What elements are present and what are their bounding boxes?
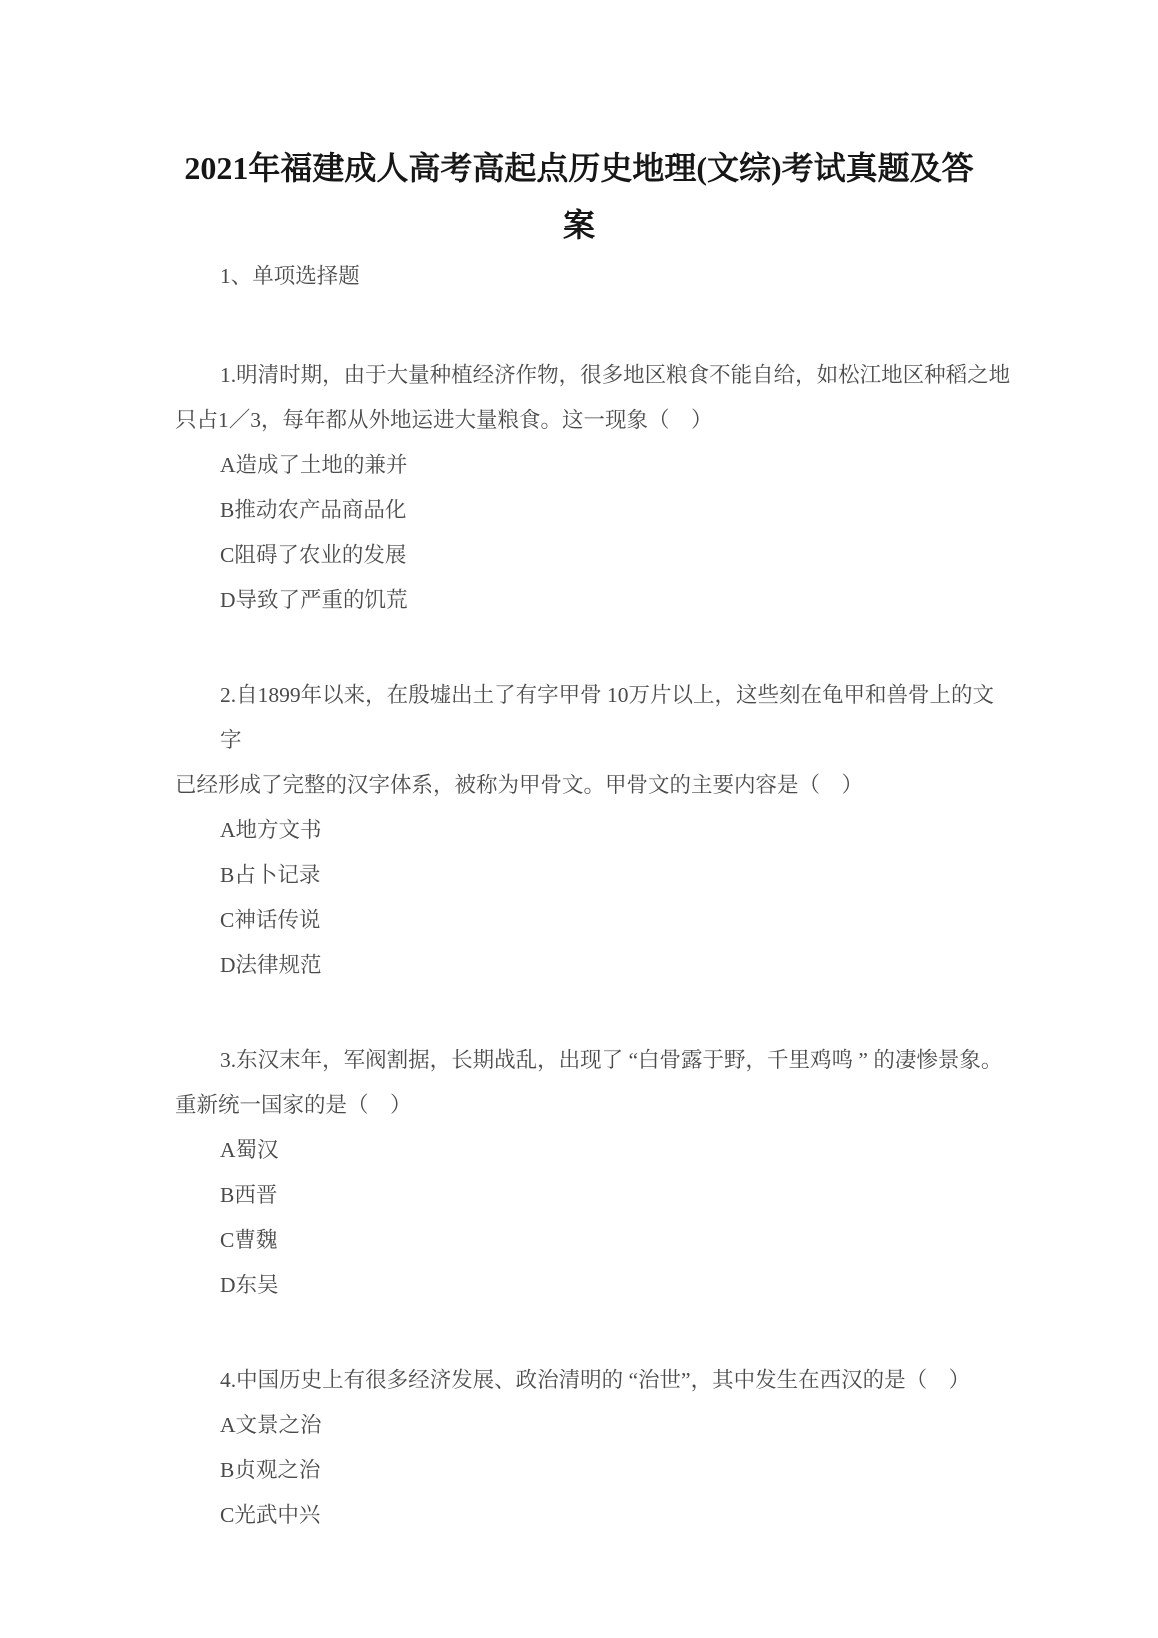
question-3-line-1: 3.东汉末年，军阀割据，长期战乱，出现了 “白骨露于野，千里鸡鸣 ” 的凄惨景象… bbox=[175, 1038, 1013, 1083]
question-4-option-b: B贞观之治 bbox=[175, 1448, 1013, 1493]
document-body: 1、单项选择题 1.明清时期，由于大量种植经济作物，很多地区粮食不能自给，如松江… bbox=[0, 254, 1158, 1538]
page-title: 2021年福建成人高考高起点历史地理(文综)考试真题及答 案 bbox=[0, 0, 1158, 254]
question-3-line-2: 重新统一国家的是（ ） bbox=[175, 1083, 1013, 1128]
question-2-line-2: 已经形成了完整的汉字体系，被称为甲骨文。甲骨文的主要内容是（ ） bbox=[175, 763, 1013, 808]
question-2: 2.自1899年以来，在殷墟出土了有字甲骨 10万片以上，这些刻在龟甲和兽骨上的… bbox=[175, 673, 1013, 988]
question-1-option-b: B推动农产品商品化 bbox=[175, 488, 1013, 533]
question-2-line-1: 2.自1899年以来，在殷墟出土了有字甲骨 10万片以上，这些刻在龟甲和兽骨上的… bbox=[175, 673, 1013, 763]
question-4-line-1: 4.中国历史上有很多经济发展、政治清明的 “治世”，其中发生在西汉的是（ ） bbox=[175, 1358, 1013, 1403]
question-1-line-1: 1.明清时期，由于大量种植经济作物，很多地区粮食不能自给，如松江地区种稻之地 bbox=[175, 353, 1013, 398]
page-title-line-2: 案 bbox=[0, 197, 1158, 254]
question-2-option-d: D法律规范 bbox=[175, 943, 1013, 988]
question-1-line-2: 只占1／3，每年都从外地运进大量粮食。这一现象（ ） bbox=[175, 398, 1013, 443]
question-4-option-c: C光武中兴 bbox=[175, 1493, 1013, 1538]
question-3-option-c: C曹魏 bbox=[175, 1218, 1013, 1263]
question-3-option-d: D东吴 bbox=[175, 1263, 1013, 1308]
question-2-option-a: A地方文书 bbox=[175, 808, 1013, 853]
question-2-option-b: B占卜记录 bbox=[175, 853, 1013, 898]
question-1: 1.明清时期，由于大量种植经济作物，很多地区粮食不能自给，如松江地区种稻之地 只… bbox=[175, 353, 1013, 623]
page-title-line-1: 2021年福建成人高考高起点历史地理(文综)考试真题及答 bbox=[0, 140, 1158, 197]
question-3-option-b: B西晋 bbox=[175, 1173, 1013, 1218]
question-4: 4.中国历史上有很多经济发展、政治清明的 “治世”，其中发生在西汉的是（ ） A… bbox=[175, 1358, 1013, 1538]
question-3-option-a: A蜀汉 bbox=[175, 1128, 1013, 1173]
question-1-option-c: C阻碍了农业的发展 bbox=[175, 533, 1013, 578]
document-page: 2021年福建成人高考高起点历史地理(文综)考试真题及答 案 1、单项选择题 1… bbox=[0, 0, 1158, 1638]
question-4-option-a: A文景之治 bbox=[175, 1403, 1013, 1448]
question-3: 3.东汉末年，军阀割据，长期战乱，出现了 “白骨露于野，千里鸡鸣 ” 的凄惨景象… bbox=[175, 1038, 1013, 1308]
question-2-option-c: C神话传说 bbox=[175, 898, 1013, 943]
question-1-option-a: A造成了土地的兼并 bbox=[175, 443, 1013, 488]
question-1-option-d: D导致了严重的饥荒 bbox=[175, 578, 1013, 623]
section-heading: 1、单项选择题 bbox=[175, 254, 1013, 299]
